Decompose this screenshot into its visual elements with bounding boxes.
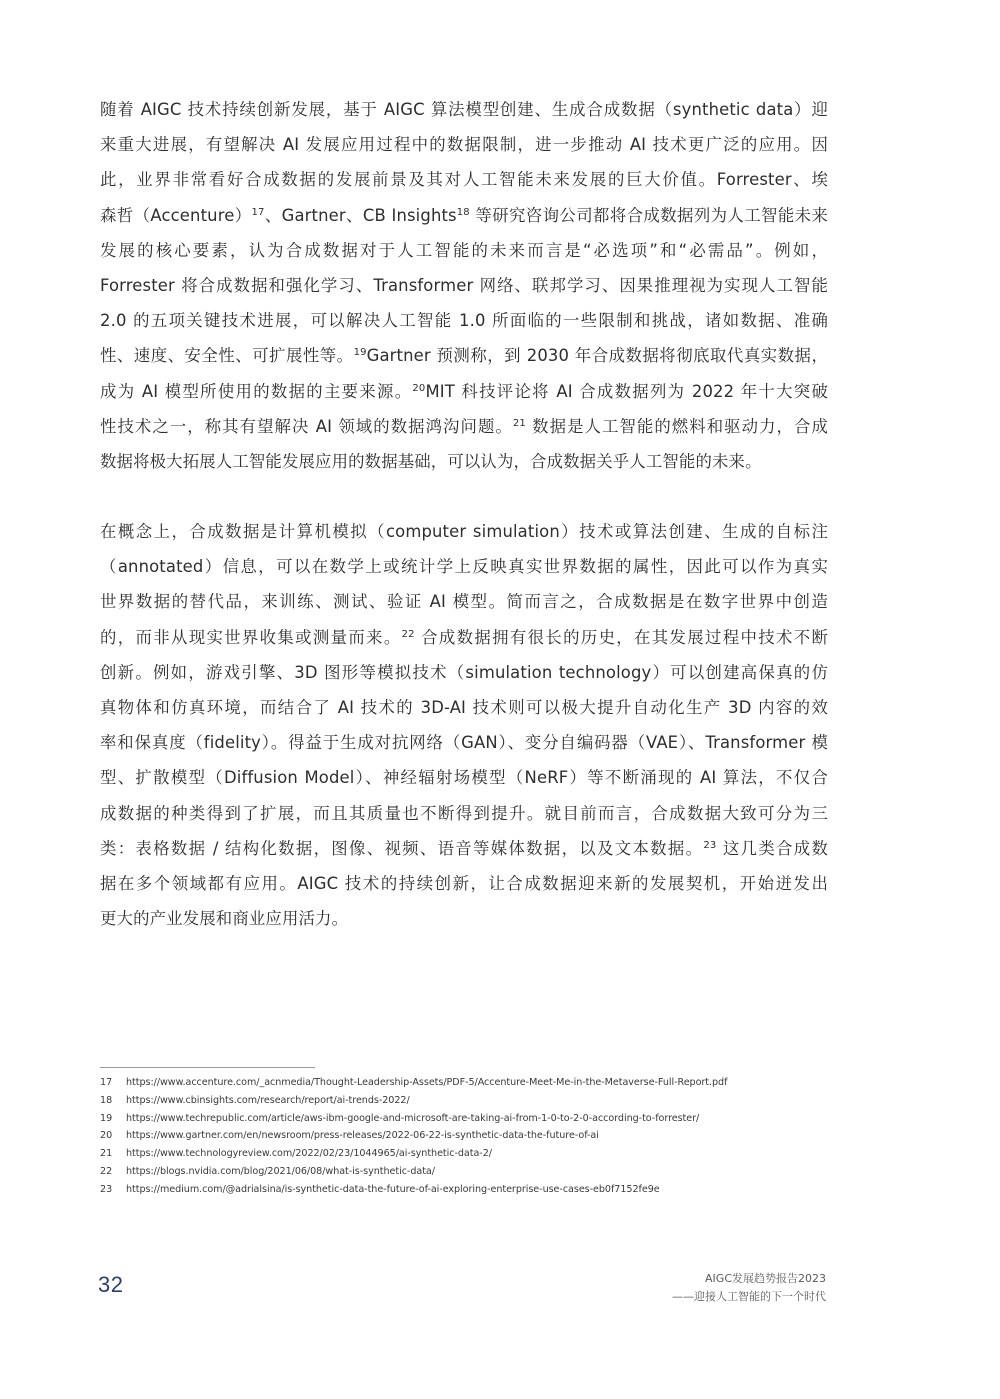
text-segment: 成为 AI 模型所使用的数据的主要来源。 <box>100 382 412 401</box>
text-segment: 的，而非从现实世界收集或测量而来。 <box>100 628 402 647</box>
footnote-reference[interactable]: 21 <box>513 418 526 429</box>
footnote-separator <box>100 1067 315 1068</box>
footnote-reference[interactable]: 19 <box>354 347 367 358</box>
text-line: 真物体和仿真环境，而结合了 AI 技术的 3D-AI 技术则可以极大提升自动化生… <box>100 690 828 725</box>
footnote-reference[interactable]: 18 <box>457 207 470 218</box>
text-line: 成为 AI 模型所使用的数据的主要来源。20MIT 科技评论将 AI 合成数据列… <box>100 374 828 409</box>
footnote-link[interactable]: https://www.accenture.com/_acnmedia/Thou… <box>126 1074 840 1092</box>
text-line: 在概念上，合成数据是计算机模拟（computer simulation）技术或算… <box>100 514 828 549</box>
text-segment: 这几类合成数 <box>716 839 828 858</box>
footnote-item: 17 https://www.accenture.com/_acnmedia/T… <box>100 1074 840 1092</box>
text-line: 森哲（Accenture）17、Gartner、CB Insights18 等研… <box>100 198 828 233</box>
footnote-number: 18 <box>100 1092 126 1110</box>
text-segment: 数据是人工智能的燃料和驱动力，合成 <box>526 417 828 436</box>
footnote-item: 19 https://www.techrepublic.com/article/… <box>100 1110 840 1128</box>
text-line: Forrester 将合成数据和强化学习、Transformer 网络、联邦学习… <box>100 268 828 303</box>
text-segment: 、Gartner、CB Insights <box>265 206 457 225</box>
paragraph-2: 在概念上，合成数据是计算机模拟（computer simulation）技术或算… <box>100 514 828 936</box>
text-line: 创新。例如，游戏引擎、3D 图形等模拟技术（simulation technol… <box>100 655 828 690</box>
text-line: 据在多个领域都有应用。AIGC 技术的持续创新，让合成数据迎来新的发展契机，开始… <box>100 866 828 901</box>
footnote-number: 20 <box>100 1127 126 1145</box>
body-text: 随着 AIGC 技术持续创新发展，基于 AIGC 算法模型创建、生成合成数据（s… <box>100 92 828 936</box>
text-line: 性、速度、安全性、可扩展性等。19Gartner 预测称，到 2030 年合成数… <box>100 338 828 373</box>
report-subtitle: ——迎接人工智能的下一个时代 <box>672 1288 826 1306</box>
text-line: 2.0 的五项关键技术进展，可以解决人工智能 1.0 所面临的一些限制和挑战，诸… <box>100 303 828 338</box>
text-segment: 类：表格数据 / 结构化数据，图像、视频、语音等媒体数据，以及文本数据。 <box>100 839 703 858</box>
text-line: 随着 AIGC 技术持续创新发展，基于 AIGC 算法模型创建、生成合成数据（s… <box>100 92 828 127</box>
running-title: AIGC发展趋势报告2023 ——迎接人工智能的下一个时代 <box>672 1270 826 1306</box>
footnote-item: 21 https://www.technologyreview.com/2022… <box>100 1145 840 1163</box>
text-segment: 性技术之一，称其有望解决 AI 领域的数据鸿沟问题。 <box>100 417 513 436</box>
footnote-item: 22 https://blogs.nvidia.com/blog/2021/06… <box>100 1163 840 1181</box>
text-segment: 森哲（Accenture） <box>100 206 252 225</box>
report-title: AIGC发展趋势报告2023 <box>672 1270 826 1288</box>
footnote-link[interactable]: https://blogs.nvidia.com/blog/2021/06/08… <box>126 1163 840 1181</box>
text-line: 成数据的种类得到了扩展，而且其质量也不断得到提升。就目前而言，合成数据大致可分为… <box>100 796 828 831</box>
text-line: 型、扩散模型（Diffusion Model）、神经辐射场模型（NeRF）等不断… <box>100 760 828 795</box>
footnote-item: 20 https://www.gartner.com/en/newsroom/p… <box>100 1127 840 1145</box>
paragraph-1: 随着 AIGC 技术持续创新发展，基于 AIGC 算法模型创建、生成合成数据（s… <box>100 92 828 479</box>
text-segment: 合成数据拥有很长的历史，在其发展过程中技术不断 <box>415 628 828 647</box>
text-line: 率和保真度（fidelity）。得益于生成对抗网络（GAN）、变分自编码器（VA… <box>100 725 828 760</box>
text-line: 发展的核心要素，认为合成数据对于人工智能的未来而言是“必选项”和“必需品”。例如… <box>100 233 828 268</box>
footnote-reference[interactable]: 17 <box>252 207 265 218</box>
footnote-link[interactable]: https://www.cbinsights.com/research/repo… <box>126 1092 840 1110</box>
text-line: 世界数据的替代品，来训练、测试、验证 AI 模型。简而言之，合成数据是在数字世界… <box>100 584 828 619</box>
footnote-reference[interactable]: 22 <box>402 629 415 640</box>
footnote-number: 21 <box>100 1145 126 1163</box>
footnote-link[interactable]: https://www.techrepublic.com/article/aws… <box>126 1110 840 1128</box>
footnote-number: 22 <box>100 1163 126 1181</box>
text-segment: MIT 科技评论将 AI 合成数据列为 2022 年十大突破 <box>425 382 828 401</box>
footnote-reference[interactable]: 20 <box>412 383 425 394</box>
text-line: 类：表格数据 / 结构化数据，图像、视频、语音等媒体数据，以及文本数据。23 这… <box>100 831 828 866</box>
footnote-number: 19 <box>100 1110 126 1128</box>
text-segment: 性、速度、安全性、可扩展性等。 <box>100 346 354 365</box>
text-line: 性技术之一，称其有望解决 AI 领域的数据鸿沟问题。21 数据是人工智能的燃料和… <box>100 409 828 444</box>
footnote-number: 17 <box>100 1074 126 1092</box>
text-line: 的，而非从现实世界收集或测量而来。22 合成数据拥有很长的历史，在其发展过程中技… <box>100 620 828 655</box>
text-line: 此，业界非常看好合成数据的发展前景及其对人工智能未来发展的巨大价值。Forres… <box>100 162 828 197</box>
text-line: （annotated）信息，可以在数学上或统计学上反映真实世界数据的属性，因此可… <box>100 549 828 584</box>
page-number: 32 <box>98 1272 123 1298</box>
footnote-number: 23 <box>100 1181 126 1199</box>
footnote-item: 18 https://www.cbinsights.com/research/r… <box>100 1092 840 1110</box>
footnotes-list: 17 https://www.accenture.com/_acnmedia/T… <box>100 1074 840 1199</box>
text-segment: Gartner 预测称，到 2030 年合成数据将彻底取代真实数据， <box>367 346 828 365</box>
footnote-link[interactable]: https://www.gartner.com/en/newsroom/pres… <box>126 1127 840 1145</box>
document-page: 随着 AIGC 技术持续创新发展，基于 AIGC 算法模型创建、生成合成数据（s… <box>0 0 1000 1399</box>
footnote-link[interactable]: https://medium.com/@adrialsina/is-synthe… <box>126 1181 840 1199</box>
text-segment: 等研究咨询公司都将合成数据列为人工智能未来 <box>470 206 828 225</box>
text-line: 更大的产业发展和商业应用活力。 <box>100 901 828 936</box>
text-line: 来重大进展，有望解决 AI 发展应用过程中的数据限制，进一步推动 AI 技术更广… <box>100 127 828 162</box>
footnote-item: 23 https://medium.com/@adrialsina/is-syn… <box>100 1181 840 1199</box>
footnote-link[interactable]: https://www.technologyreview.com/2022/02… <box>126 1145 840 1163</box>
text-line: 数据将极大拓展人工智能发展应用的数据基础，可以认为，合成数据关乎人工智能的未来。 <box>100 444 828 479</box>
footnote-reference[interactable]: 23 <box>703 840 716 851</box>
